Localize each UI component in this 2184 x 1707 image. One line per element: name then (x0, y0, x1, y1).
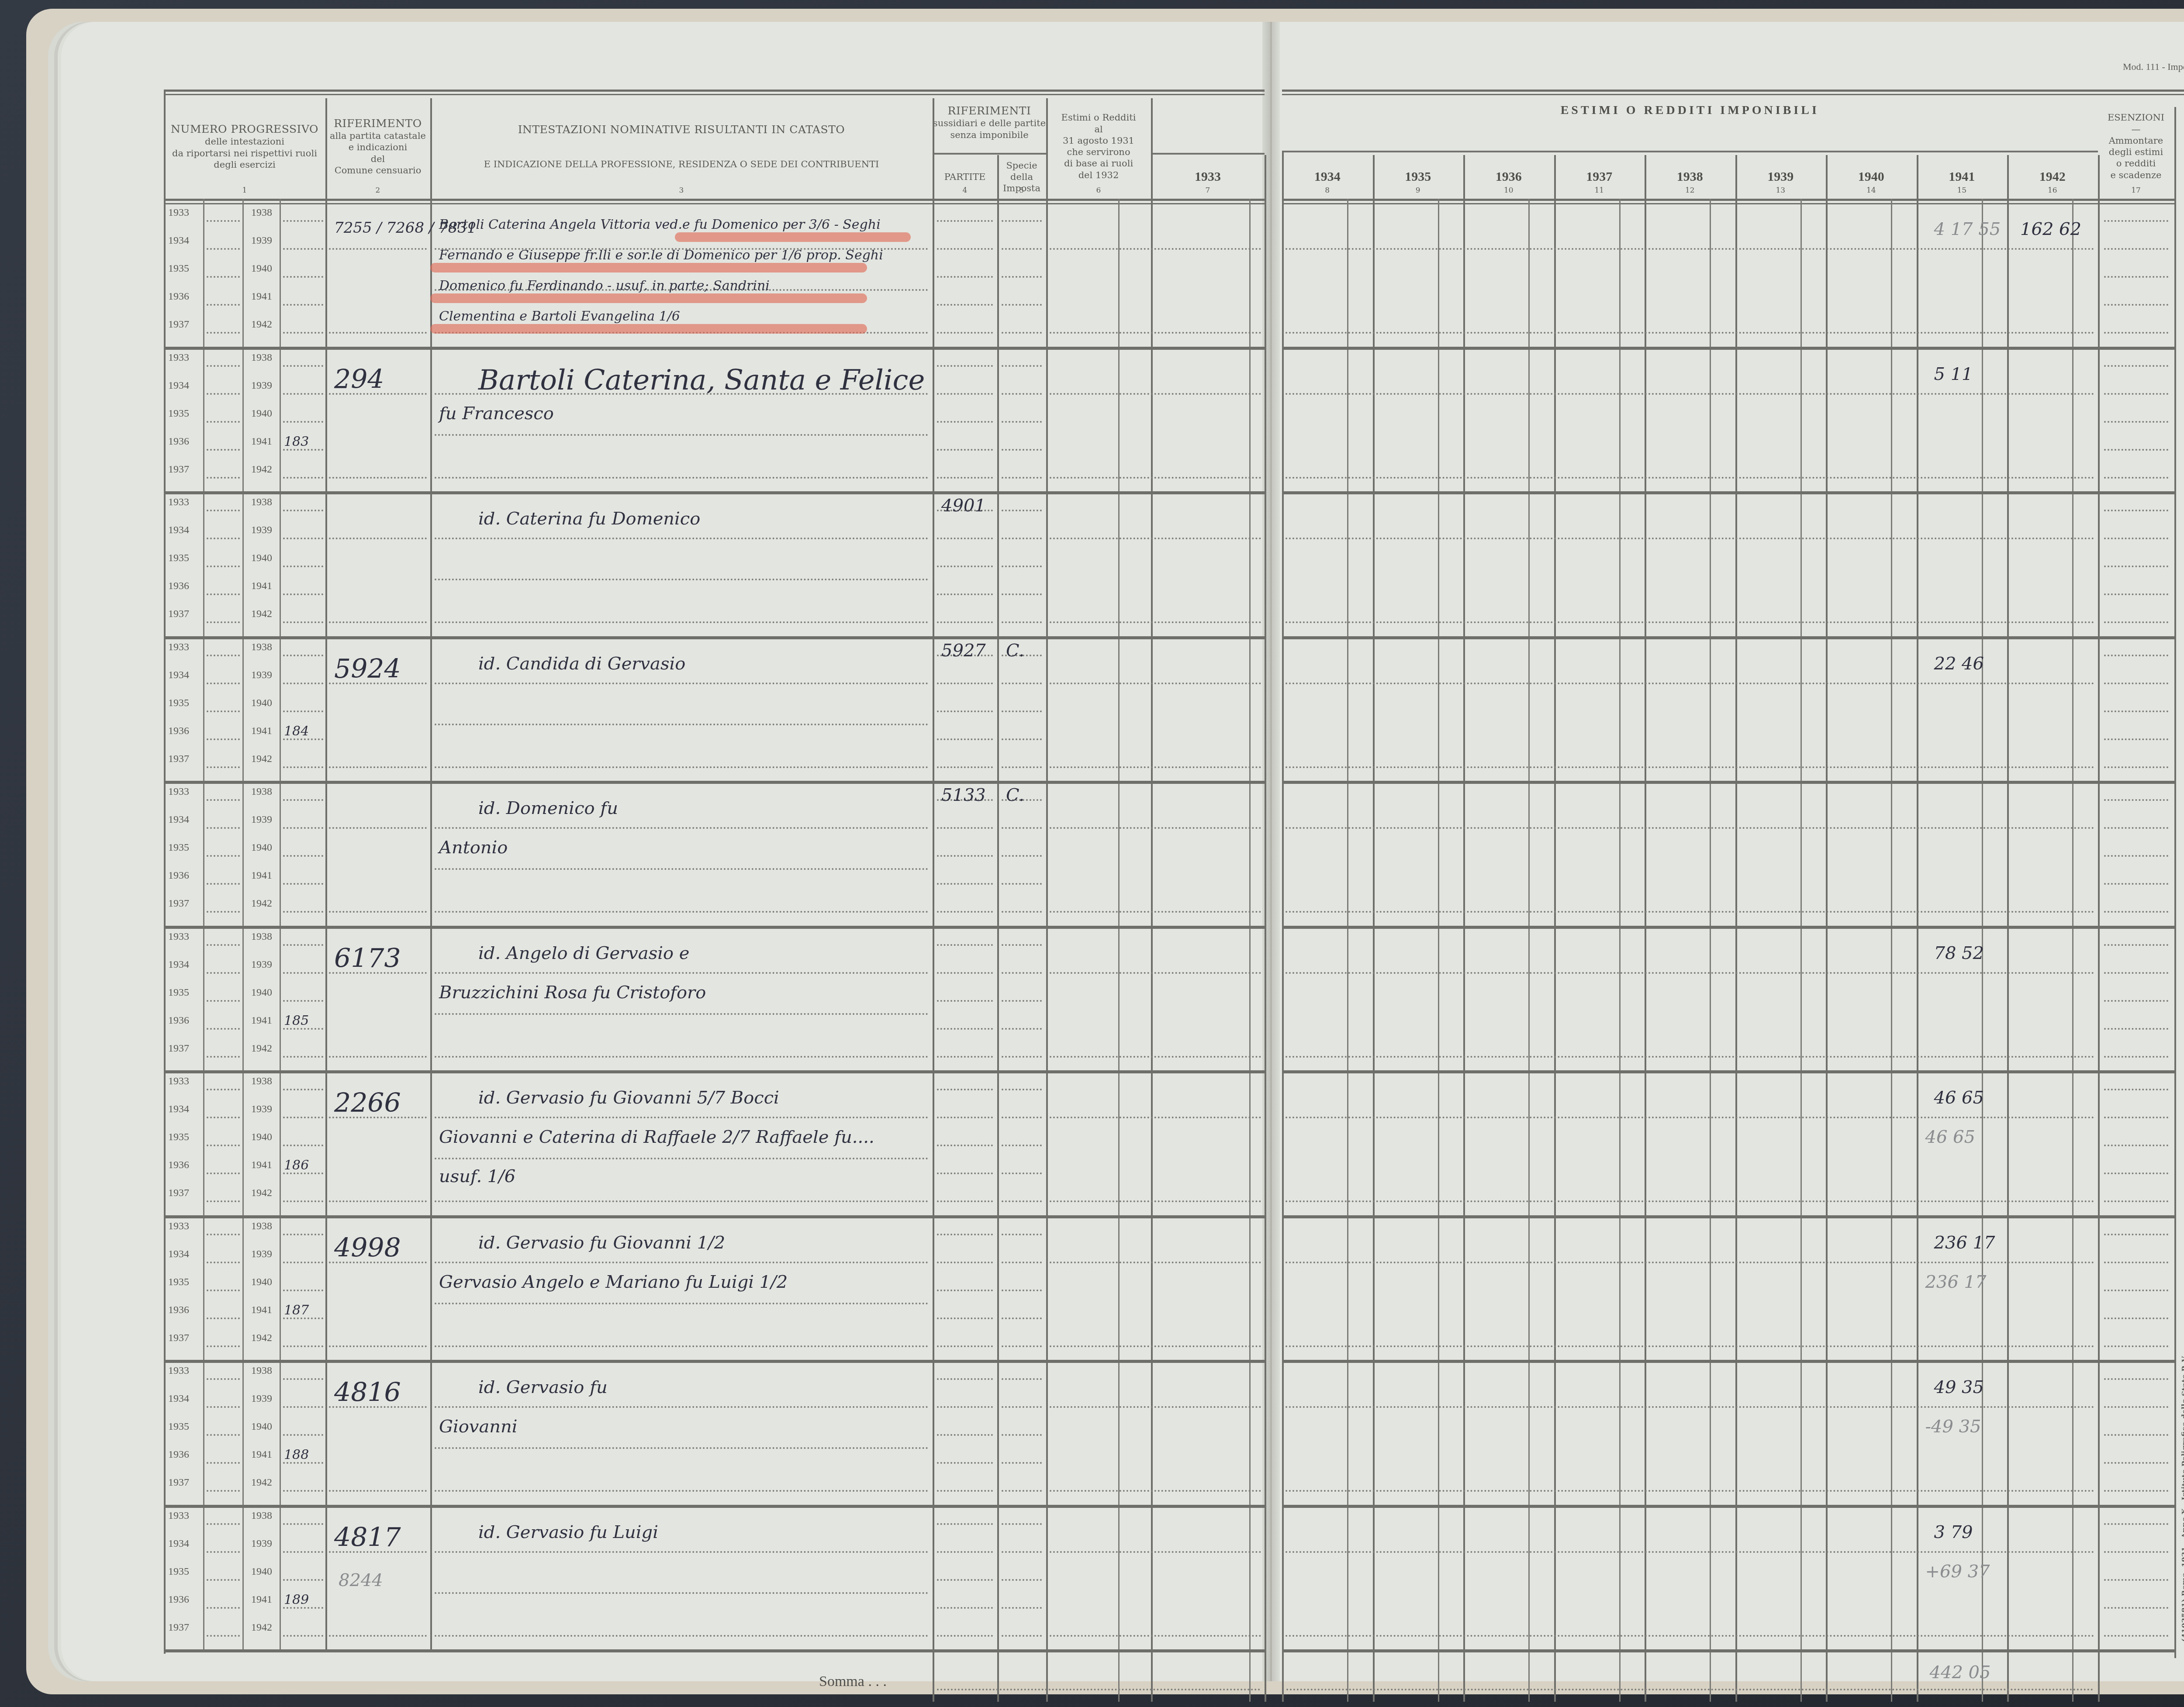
dotted-rule (937, 1434, 993, 1436)
page-reference: 183 (284, 434, 309, 449)
dotted-rule (283, 799, 323, 801)
dotted-rule (937, 1290, 993, 1291)
dotted-rule (937, 449, 993, 451)
dotted-rule (207, 538, 240, 539)
column-rule (1249, 199, 1251, 1702)
year-label-b: 1939 (251, 959, 272, 971)
year-label-b: 1941 (251, 1159, 272, 1171)
dotted-rule (1050, 1551, 1261, 1553)
dotted-rule (435, 911, 928, 913)
dotted-rule (1286, 683, 2094, 684)
partita-reference: 4817 (334, 1522, 401, 1553)
dotted-rule (435, 1262, 928, 1263)
dotted-rule (937, 393, 993, 395)
dotted-rule (1002, 1172, 1042, 1174)
dotted-rule (2104, 1406, 2168, 1408)
header-bottom-border-right (1282, 199, 2174, 204)
header-year-1942-title: 1942 (2039, 169, 2066, 185)
dotted-rule (329, 1490, 427, 1492)
dotted-rule (1002, 766, 1042, 768)
dotted-rule (1050, 1056, 1261, 1058)
year-label-b: 1939 (251, 814, 272, 826)
dotted-rule (1286, 1689, 2094, 1690)
dotted-rule (1002, 538, 1042, 539)
dotted-rule (2104, 1378, 2168, 1380)
dotted-rule (1050, 911, 1261, 913)
dotted-rule (1286, 332, 2094, 334)
year-label-b: 1939 (251, 235, 272, 247)
header-estimi-1931-line: al (1094, 124, 1102, 135)
dotted-rule (2104, 1523, 2168, 1525)
dotted-rule (1050, 621, 1261, 623)
year-label-a: 1934 (168, 1393, 189, 1405)
header-estimi-1931-line: che servirono (1067, 146, 1130, 158)
header-estimi-1931-line: Estimi o Redditi (1061, 112, 1136, 123)
red-strikethrough (430, 293, 867, 303)
estimo-1941: 5 11 (1934, 364, 1973, 384)
dotted-rule (283, 710, 323, 712)
dotted-rule (1050, 393, 1261, 395)
dotted-rule (937, 220, 993, 222)
group-title: ESTIMI O REDDITI IMPONIBILI (1282, 103, 2098, 118)
dotted-rule (435, 1447, 928, 1449)
header-year-1939: 193913 (1735, 155, 1826, 199)
year-label-b: 1942 (251, 1043, 272, 1055)
dotted-rule (435, 766, 928, 768)
year-label-a: 1935 (168, 1131, 189, 1143)
year-label-b: 1942 (251, 898, 272, 910)
header-estimi-1931: Estimi o Redditial31 agosto 1931che serv… (1046, 94, 1151, 199)
dotted-rule (283, 421, 323, 423)
entry-separator (164, 1070, 1265, 1073)
dotted-rule (329, 827, 427, 829)
dotted-rule (2104, 1200, 2168, 1202)
column-number: 16 (2007, 186, 2098, 195)
dotted-rule (207, 799, 240, 801)
dotted-rule (1050, 1345, 1261, 1347)
dotted-rule (207, 1607, 240, 1609)
dotted-rule (937, 1145, 993, 1146)
column-rule (933, 98, 934, 1702)
dotted-rule (2104, 566, 2168, 567)
year-label-a: 1934 (168, 1104, 189, 1115)
dotted-rule (1286, 1490, 2094, 1492)
dotted-rule (329, 248, 427, 250)
dotted-rule (1002, 1523, 1042, 1525)
dotted-rule (283, 827, 323, 829)
dotted-rule (1002, 1378, 1042, 1380)
year-label-b: 1941 (251, 1594, 272, 1606)
dotted-rule (207, 393, 240, 395)
header-year-1939-title: 1939 (1767, 169, 1794, 185)
dotted-rule (1050, 538, 1261, 539)
dotted-rule (2104, 1635, 2168, 1637)
dotted-rule (1050, 332, 1261, 334)
year-label-a: 1934 (168, 524, 189, 536)
header-divider (933, 153, 1046, 155)
esenzioni-line: e scadenze (2110, 169, 2161, 181)
dotted-rule (207, 621, 240, 623)
year-label-a: 1936 (168, 1594, 189, 1606)
column-rule (1800, 199, 1802, 1702)
header-specie-imposta-line: della (1010, 171, 1033, 183)
dotted-rule (1002, 1490, 1042, 1492)
column-number: 4 (933, 186, 997, 195)
dotted-rule (207, 1145, 240, 1146)
dotted-rule (435, 1490, 928, 1492)
column-number: 13 (1735, 186, 1826, 195)
dotted-rule (1002, 1462, 1042, 1464)
dotted-rule (1286, 1345, 2094, 1347)
dotted-rule (937, 566, 993, 567)
dotted-rule (2104, 1056, 2168, 1058)
year-label-b: 1938 (251, 352, 272, 364)
dotted-rule (435, 683, 928, 684)
year-label-b: 1938 (251, 1365, 272, 1377)
dotted-rule (1050, 1200, 1261, 1202)
dotted-rule (329, 477, 427, 479)
dotted-rule (283, 1234, 323, 1235)
column-number: 2 (325, 186, 430, 195)
specie-value: C. (1006, 641, 1024, 661)
year-label-a: 1936 (168, 580, 189, 592)
year-label-a: 1935 (168, 1421, 189, 1433)
year-label-a: 1936 (168, 1159, 189, 1171)
dotted-rule (937, 1172, 993, 1174)
year-label-b: 1942 (251, 1187, 272, 1199)
dotted-rule (207, 855, 240, 857)
header-estimi-1931-line: 31 agosto 1931 (1063, 135, 1134, 146)
year-label-a: 1937 (168, 753, 189, 765)
dotted-rule (207, 566, 240, 567)
column-number: 12 (1645, 186, 1735, 195)
dotted-rule (2104, 393, 2168, 395)
dotted-rule (283, 1117, 323, 1118)
entry-separator (164, 347, 1265, 350)
dotted-rule (283, 393, 323, 395)
header-year-1937: 193711 (1554, 155, 1645, 199)
dotted-rule (2104, 538, 2168, 539)
column-number: 6 (1046, 186, 1151, 195)
dotted-rule (207, 655, 240, 656)
dotted-rule (283, 766, 323, 768)
dotted-rule (283, 655, 323, 656)
dotted-rule (937, 1579, 993, 1581)
partita-reference: 294 (334, 364, 384, 395)
dotted-rule (937, 1551, 993, 1553)
dotted-rule (937, 421, 993, 423)
dotted-rule (1050, 766, 1261, 768)
year-label-a: 1933 (168, 1365, 189, 1377)
dotted-rule (283, 1345, 323, 1347)
column-rule (1347, 199, 1348, 1702)
dotted-rule (1002, 683, 1042, 684)
header-year-1941: 194115 (1917, 155, 2008, 199)
year-label-b: 1940 (251, 842, 272, 854)
year-label-b: 1940 (251, 1566, 272, 1578)
column-rule (1118, 199, 1120, 1702)
dotted-rule (207, 738, 240, 740)
header-year-1935: 19359 (1373, 155, 1464, 199)
page-reference: 187 (284, 1303, 309, 1318)
year-label-a: 1937 (168, 1622, 189, 1634)
dotted-rule (1286, 248, 2094, 250)
dotted-rule (937, 621, 993, 623)
intestazione-line: Domenico fu Ferdinando - usuf. in parte;… (439, 278, 770, 293)
dotted-rule (1002, 1607, 1042, 1609)
entry-separator (164, 491, 1265, 494)
header-riferimento-title: RIFERIMENTO (334, 117, 422, 130)
year-label-a: 1935 (168, 987, 189, 999)
dotted-rule (283, 1200, 323, 1202)
dotted-rule (937, 683, 993, 684)
year-label-a: 1936 (168, 436, 189, 448)
year-label-a: 1937 (168, 1043, 189, 1055)
dotted-rule (207, 1579, 240, 1581)
column-number: 11 (1554, 186, 1645, 195)
header-riferimento-line: e indicazioni (349, 141, 407, 153)
dotted-rule (937, 1262, 993, 1263)
year-label-a: 1935 (168, 842, 189, 854)
dotted-rule (435, 1200, 928, 1202)
intestazione-line: Bruzzichini Rosa fu Cristoforo (439, 983, 706, 1003)
column-number: 3 (430, 186, 933, 195)
dotted-rule (2104, 738, 2168, 740)
dotted-rule (1002, 1579, 1042, 1581)
dotted-rule (1002, 510, 1042, 511)
dotted-rule (1002, 1117, 1042, 1118)
header-partite-title: PARTITE (944, 171, 985, 183)
dotted-rule (937, 1406, 993, 1408)
somma-label: Somma . . . (819, 1673, 887, 1690)
dotted-rule (1002, 1056, 1042, 1058)
dotted-rule (2104, 1089, 2168, 1090)
partita-reference: 5924 (334, 654, 401, 684)
printer-imprint: (4103581) Roma, 1931 - Anno X - Istituto… (2181, 1355, 2184, 1642)
intestazione-line: Fernando e Giuseppe fr.lli e sor.le di D… (439, 248, 883, 263)
year-label-a: 1933 (168, 1076, 189, 1087)
year-label-a: 1934 (168, 1538, 189, 1550)
column-rule (1265, 155, 1266, 1702)
year-label-b: 1938 (251, 1221, 272, 1232)
dotted-rule (1050, 248, 1261, 250)
intestazione-line: Gervasio Angelo e Mariano fu Luigi 1/2 (439, 1272, 788, 1292)
entry-separator (1282, 636, 2174, 639)
dotted-rule (283, 1378, 323, 1380)
dotted-rule (2104, 510, 2168, 511)
dotted-rule (207, 1462, 240, 1464)
dotted-rule (1002, 827, 1042, 829)
estimo-1941-adjustment: +69 37 (1925, 1562, 1990, 1582)
header-year-1936: 193610 (1463, 155, 1554, 199)
dotted-rule (937, 1345, 993, 1347)
entry-separator (164, 636, 1265, 639)
dotted-rule (1050, 477, 1261, 479)
column-number: 7 (1151, 186, 1265, 195)
dotted-rule (207, 449, 240, 451)
dotted-rule (1286, 621, 2094, 623)
dotted-rule (1286, 538, 2094, 539)
estimo-1941: 49 35 (1934, 1377, 1984, 1397)
column-rule (1151, 98, 1153, 1702)
dotted-rule (1002, 566, 1042, 567)
dotted-rule (283, 1145, 323, 1146)
dotted-rule (207, 1262, 240, 1263)
estimo-1941: 4 17 55 (1934, 219, 2001, 239)
dotted-rule (937, 1607, 993, 1609)
dotted-rule (2104, 1000, 2168, 1002)
dotted-rule (1286, 1635, 2094, 1637)
dotted-rule (937, 477, 993, 479)
year-label-b: 1940 (251, 697, 272, 709)
dotted-rule (207, 220, 240, 222)
dotted-rule (329, 1056, 427, 1058)
column-rule (203, 199, 204, 1649)
year-label-b: 1941 (251, 291, 272, 303)
dotted-rule (435, 621, 928, 623)
dotted-rule (435, 434, 928, 436)
dotted-rule (2104, 1145, 2168, 1146)
dotted-rule (2104, 477, 2168, 479)
dotted-rule (937, 911, 993, 913)
dotted-rule (937, 276, 993, 278)
dotted-rule (1002, 1406, 1042, 1408)
header-divider (1151, 153, 1265, 155)
header-divider (1282, 151, 2098, 152)
dotted-rule (2104, 1290, 2168, 1291)
dotted-rule (1286, 1200, 2094, 1202)
dotted-rule (2104, 1172, 2168, 1174)
dotted-rule (2104, 1490, 2168, 1492)
year-label-a: 1937 (168, 1187, 189, 1199)
dotted-rule (2104, 220, 2168, 222)
dotted-rule (1002, 304, 1042, 306)
dotted-rule (2104, 1579, 2168, 1581)
dotted-rule (1002, 1290, 1042, 1291)
dotted-rule (207, 1345, 240, 1347)
dotted-rule (207, 1523, 240, 1525)
year-label-b: 1939 (251, 1393, 272, 1405)
column-rule (1046, 98, 1048, 1702)
dotted-rule (207, 1551, 240, 1553)
dotted-rule (283, 1635, 323, 1637)
dotted-rule (435, 1592, 928, 1594)
year-label-a: 1936 (168, 1015, 189, 1027)
year-label-a: 1934 (168, 959, 189, 971)
year-label-a: 1933 (168, 1221, 189, 1232)
year-label-b: 1938 (251, 207, 272, 219)
dotted-rule (1002, 332, 1042, 334)
dotted-rule (207, 1378, 240, 1380)
dotted-rule (207, 304, 240, 306)
dotted-rule (937, 766, 993, 768)
dotted-rule (435, 1635, 928, 1637)
year-label-b: 1940 (251, 1131, 272, 1143)
intestazione-line: Clementina e Bartoli Evangelina 1/6 (439, 309, 680, 324)
year-label-b: 1939 (251, 1248, 272, 1260)
dotted-rule (1002, 855, 1042, 857)
dotted-rule (2104, 655, 2168, 656)
dotted-rule (207, 1234, 240, 1235)
header-year-1937-title: 1937 (1586, 169, 1612, 185)
dotted-rule (2104, 766, 2168, 768)
partite-value: 5133 (941, 785, 986, 805)
dotted-rule (937, 1089, 993, 1090)
dotted-rule (207, 1290, 240, 1291)
dotted-rule (2104, 911, 2168, 913)
dotted-rule (1002, 449, 1042, 451)
dotted-rule (1050, 683, 1261, 684)
dotted-rule (1002, 1262, 1042, 1263)
entry-separator (164, 926, 1265, 929)
dotted-rule (2104, 621, 2168, 623)
dotted-rule (283, 248, 323, 250)
dotted-rule (283, 1290, 323, 1291)
header-year-1938-title: 1938 (1677, 169, 1703, 185)
dotted-rule (1002, 477, 1042, 479)
header-numero-progressivo-line: delle intestazioni (205, 136, 284, 147)
dotted-rule (1002, 593, 1042, 595)
estimo-1941: 78 52 (1934, 943, 1984, 963)
dotted-rule (435, 1056, 928, 1058)
dotted-rule (283, 220, 323, 222)
dotted-rule (937, 1117, 993, 1118)
column-rule (1528, 199, 1530, 1702)
dotted-rule (2104, 276, 2168, 278)
dotted-rule (329, 332, 427, 334)
header-year-1940-title: 1940 (1858, 169, 1884, 185)
esenzioni-line: degli estimi (2109, 146, 2163, 158)
year-label-b: 1940 (251, 263, 272, 275)
header-riferimenti-sussidiari-line: sussidiari e delle partite (933, 117, 1046, 129)
dotted-rule (283, 621, 323, 623)
dotted-rule (2104, 1262, 2168, 1263)
header-specie-imposta: SpeciedellaImposta5 (997, 155, 1046, 199)
estimo-1941-adjustment: 46 65 (1925, 1127, 1976, 1147)
year-label-b: 1938 (251, 931, 272, 943)
dotted-rule (937, 332, 993, 334)
red-strikethrough (675, 232, 911, 242)
entry-separator (164, 1360, 1265, 1363)
dotted-rule (207, 510, 240, 511)
dotted-rule (1002, 276, 1042, 278)
year-label-b: 1940 (251, 987, 272, 999)
intestazione-line: id. Caterina fu Domenico (478, 509, 700, 529)
partite-value: 4901 (941, 496, 986, 516)
dotted-rule (1002, 1635, 1042, 1637)
entry-separator (164, 1215, 1265, 1218)
header-riferimento-line: del (371, 153, 385, 165)
dotted-rule (435, 827, 928, 829)
year-label-a: 1935 (168, 1276, 189, 1288)
estimo-1941: 46 65 (1934, 1088, 1984, 1108)
header-esenzioni-title: ESENZIONI (2108, 112, 2164, 123)
dotted-rule (207, 421, 240, 423)
dotted-rule (207, 477, 240, 479)
dotted-rule (1002, 1551, 1042, 1553)
dotted-rule (937, 710, 993, 712)
year-label-b: 1938 (251, 786, 272, 798)
year-label-b: 1942 (251, 753, 272, 765)
dotted-rule (2104, 365, 2168, 367)
year-label-a: 1933 (168, 641, 189, 653)
intestazione-line: id. Domenico fu (478, 798, 618, 818)
partita-reference: 4816 (334, 1377, 401, 1408)
column-number: 17 (2098, 186, 2174, 195)
dotted-rule (1002, 1434, 1042, 1436)
year-label-b: 1942 (251, 464, 272, 476)
dotted-rule (283, 1000, 323, 1002)
